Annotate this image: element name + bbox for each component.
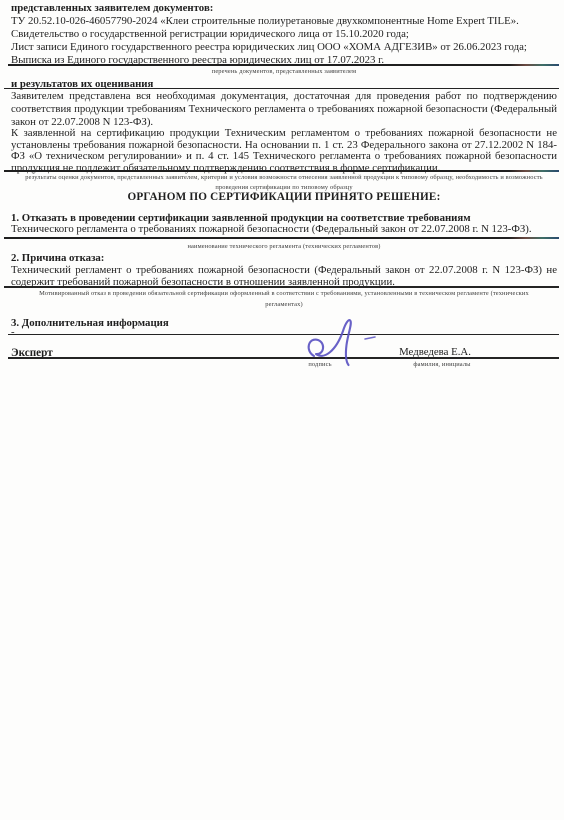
evaluation-paragraph-1: Заявителем представлена вся необходимая … xyxy=(11,90,557,129)
document-list-item: Свидетельство о государственной регистра… xyxy=(11,28,557,41)
document-list-item: Лист записи Единого государственного рее… xyxy=(11,41,557,54)
additional-info-value: - xyxy=(11,326,557,339)
expert-name: Медведева Е.А. xyxy=(394,346,476,358)
submitted-documents-header: представленных заявителем документов: xyxy=(11,2,557,15)
reason-caption-line1: Мотивированный отказ в проведении обязат… xyxy=(11,290,557,297)
divider-rule xyxy=(4,170,559,172)
submitted-documents-block: представленных заявителем документов: ТУ… xyxy=(11,2,557,67)
evaluation-caption-line1: результаты оценки документов, представле… xyxy=(11,174,557,181)
evaluation-paragraph-2: К заявленной на сертификацию продукции Т… xyxy=(11,128,557,174)
divider-rule xyxy=(8,334,559,336)
divider-rule xyxy=(4,237,559,239)
documents-list-caption: перечень документов, представленных заяв… xyxy=(11,68,557,75)
signature-rule xyxy=(8,357,559,359)
handwritten-signature-icon xyxy=(302,315,388,367)
evaluation-caption-line2: проведения сертификации по типовому обра… xyxy=(11,184,557,191)
divider-rule xyxy=(4,286,559,288)
document-list-item: ТУ 20.52.10-026-46057790-2024 «Клеи стро… xyxy=(11,15,557,28)
divider-rule xyxy=(8,64,559,66)
name-caption: фамилия, инициалы xyxy=(400,361,484,368)
reason-body: Технический регламент о требованиях пожа… xyxy=(11,264,557,288)
reason-caption-line2: регламентах) xyxy=(11,301,557,308)
decision-heading: ОРГАНОМ ПО СЕРТИФИКАЦИИ ПРИНЯТО РЕШЕНИЕ: xyxy=(11,191,557,203)
scanned-document-page: представленных заявителем документов: ТУ… xyxy=(0,0,564,820)
refusal-caption: наименование технического регламента (те… xyxy=(11,243,557,250)
refusal-body: Технического регламента о требованиях по… xyxy=(11,223,557,236)
